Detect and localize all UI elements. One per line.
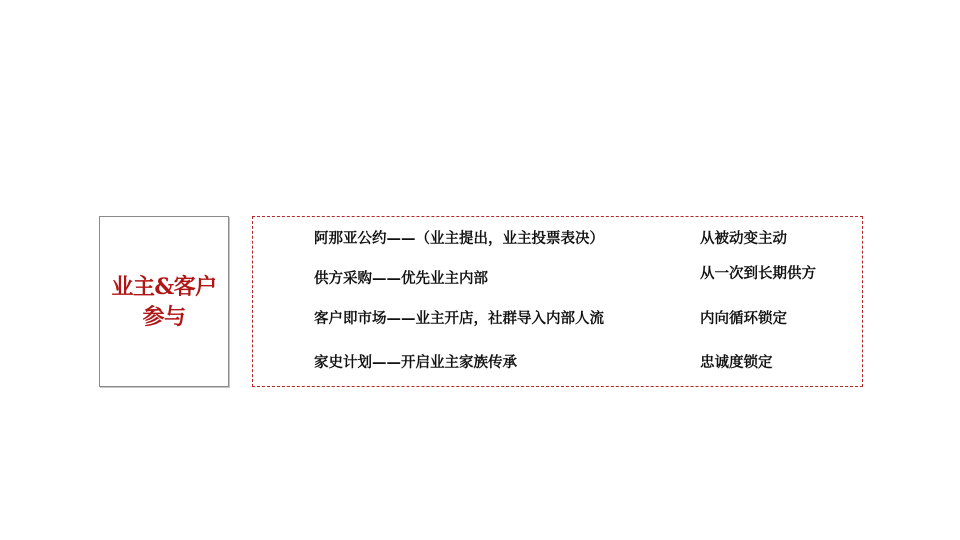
outcome-item-2: 从一次到长期供方	[700, 262, 816, 283]
initiative-item-4: 家史计划——开启业主家族传承	[314, 351, 517, 372]
outcome-item-1: 从被动变主动	[700, 227, 787, 248]
outcome-item-3: 内向循环锁定	[700, 307, 787, 328]
section-title-box: 业主&客户 参与	[99, 216, 229, 387]
initiative-item-3: 客户即市场——业主开店，社群导入内部人流	[314, 307, 604, 328]
section-title-line-1: 业主&客户	[111, 272, 216, 302]
content-box: 阿那亚公约——（业主提出，业主投票表决） 从被动变主动 供方采购——优先业主内部…	[252, 216, 863, 387]
initiative-item-2: 供方采购——优先业主内部	[314, 267, 488, 288]
outcome-item-4: 忠诚度锁定	[700, 351, 773, 372]
initiative-item-1: 阿那亚公约——（业主提出，业主投票表决）	[314, 227, 604, 248]
section-title-line-2: 参与	[142, 302, 185, 332]
